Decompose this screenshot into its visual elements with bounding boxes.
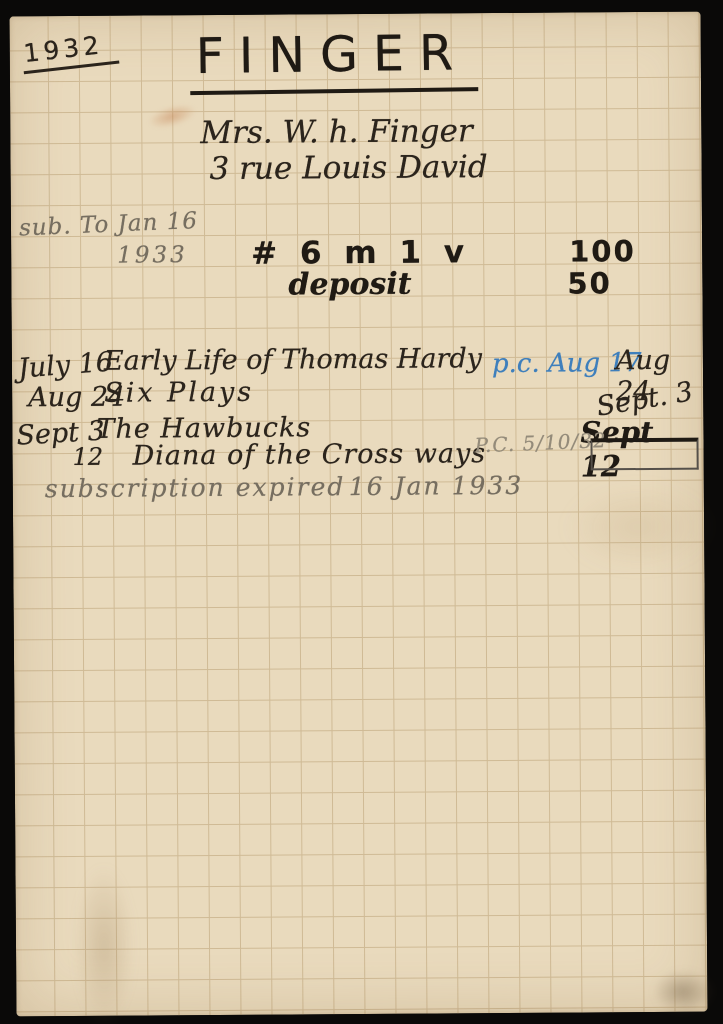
foxing-patch [563, 482, 714, 573]
member-name: Mrs. W. h. Finger [200, 113, 473, 151]
entry-4-checkout-date: 12 [72, 443, 103, 471]
entry-4-book-title: Diana of the Cross ways [132, 438, 486, 471]
renewal-note-line1: sub. To Jan 16 [19, 208, 199, 241]
subscription-amount: 100 [569, 234, 636, 268]
member-address: 3 rue Louis David [209, 149, 487, 187]
year-label: 1932 [20, 29, 119, 74]
entry-1-book-title: Early Life of Thomas Hardy [104, 343, 482, 377]
expiry-note-text: subscription expired [45, 472, 346, 503]
rust-stain [145, 100, 199, 133]
entry-1-checkout-date: July 16 [17, 346, 114, 384]
library-card: 1932 FINGER Mrs. W. h. Finger 3 rue Loui… [10, 12, 708, 1017]
return-date-box [590, 438, 698, 471]
expiry-note-date: 16 Jan 1933 [349, 471, 524, 501]
smudge-stain [73, 866, 134, 1024]
scan-background: { "colors": { "background": "#0a0908", "… [0, 0, 723, 1024]
renewal-note-line2: 1933 [117, 242, 188, 268]
corner-stain [652, 970, 714, 1014]
deposit-amount: 50 [567, 266, 612, 300]
deposit-label: deposit [288, 267, 411, 303]
entry-2-book-title: Six Plays [104, 377, 254, 409]
card-title-surname: FINGER [189, 24, 478, 95]
